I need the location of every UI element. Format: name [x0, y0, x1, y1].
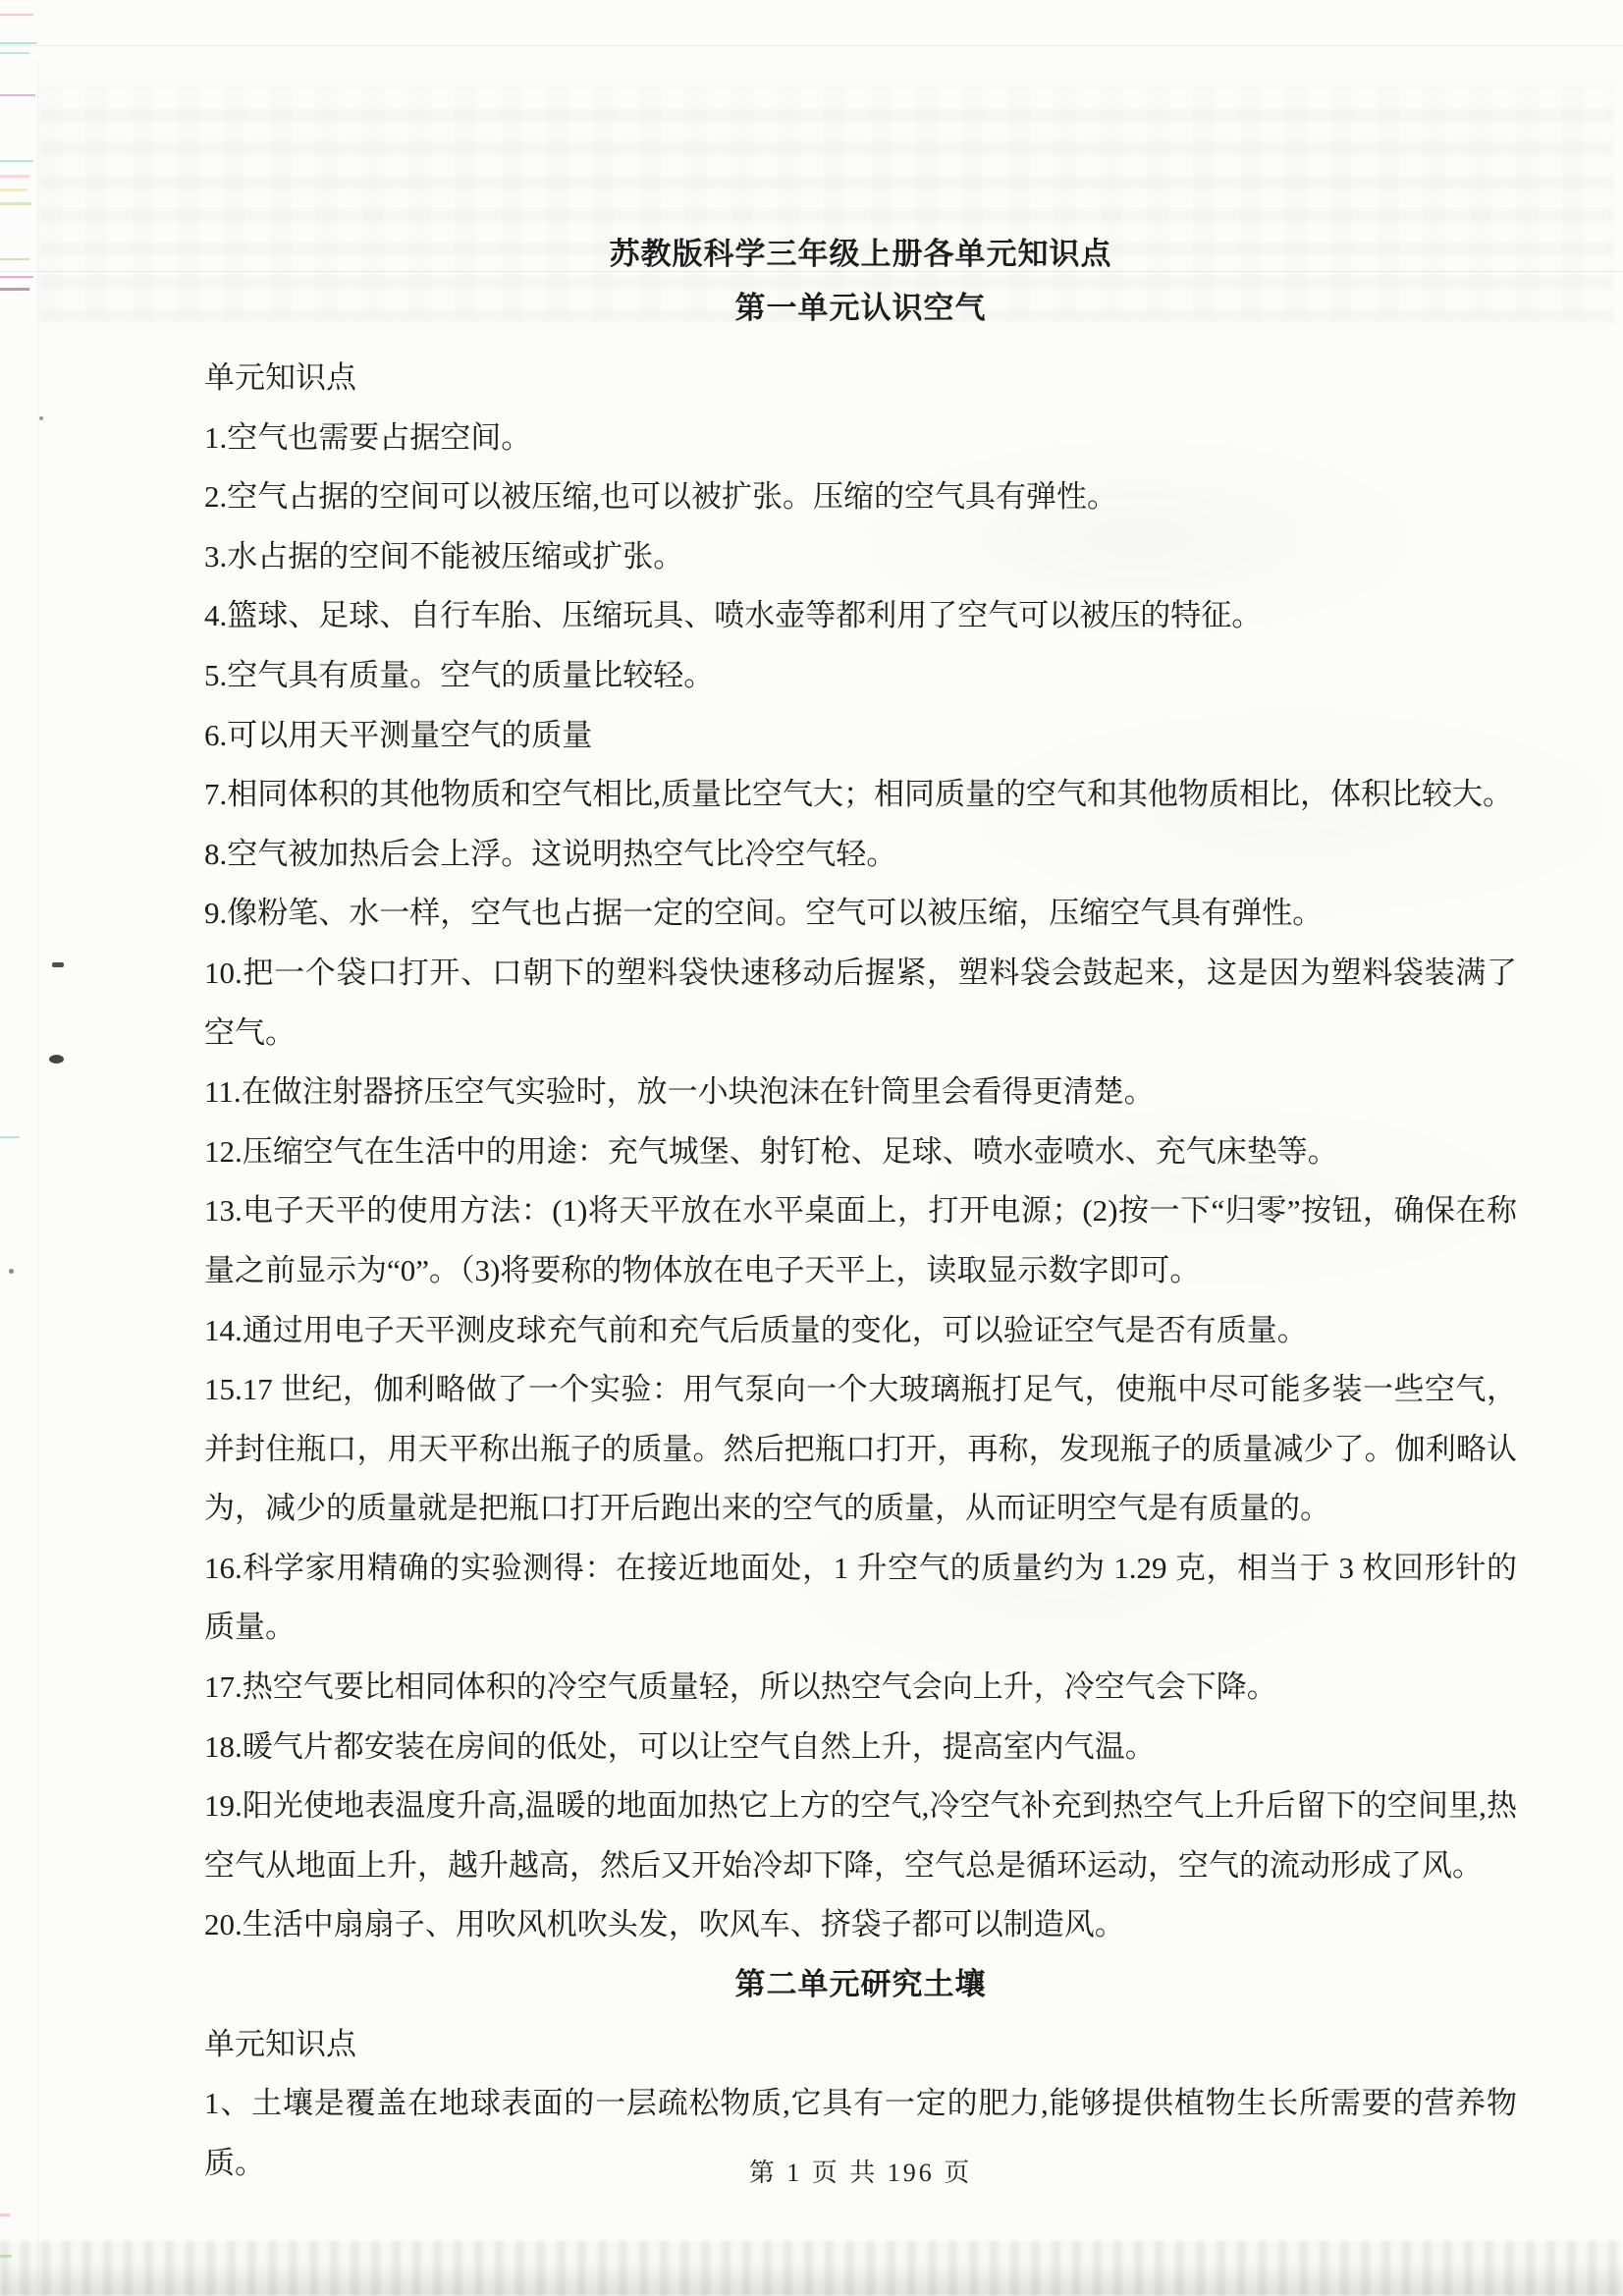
knowledge-point: 5.空气具有质量。空气的质量比较轻。: [204, 646, 1517, 706]
unit-heading: 第一单元认识空气: [204, 281, 1517, 335]
knowledge-point: 18.暖气片都安装在房间的低处，可以让空气自然上升，提高室内气温。: [204, 1718, 1517, 1777]
unit-heading: 第二单元研究土壤: [204, 1955, 1517, 2015]
knowledge-point: 12.压缩空气在生活中的用途：充气城堡、射钉枪、足球、喷水壶喷水、充气床垫等。: [204, 1122, 1517, 1182]
knowledge-point: 13.电子天平的使用方法：(1)将天平放在水平桌面上，打开电源；(2)按一下“归…: [204, 1181, 1517, 1300]
knowledge-point: 14.通过用电子天平测皮球充气前和充气后质量的变化，可以验证空气是否有质量。: [204, 1301, 1517, 1361]
scan-bleedthrough-bottom: [0, 2241, 1623, 2296]
scan-speck: [39, 416, 43, 420]
scan-streak: [0, 94, 35, 96]
scanned-document-page: 苏教版科学三年级上册各单元知识点 第一单元认识空气 单元知识点 1.空气也需要占…: [0, 0, 1623, 2296]
scan-streak: [0, 52, 29, 54]
document-title: 苏教版科学三年级上册各单元知识点: [204, 227, 1517, 281]
scan-speck: [52, 962, 64, 967]
scan-speck: [9, 1269, 14, 1274]
document-content: 苏教版科学三年级上册各单元知识点 第一单元认识空气 单元知识点 1.空气也需要占…: [204, 0, 1517, 2193]
knowledge-point: 1.空气也需要占据空间。: [204, 409, 1517, 468]
scan-streak: [0, 189, 27, 191]
scan-sheet-edge: [37, 59, 38, 2296]
scan-streak: [0, 2214, 10, 2216]
knowledge-point: 20.生活中扇扇子、用吹风机吹头发，吹风车、挤袋子都可以制造风。: [204, 1895, 1517, 1955]
scan-streak: [0, 1136, 20, 1138]
knowledge-point: 9.像粉笔、水一样，空气也占据一定的空间。空气可以被压缩，压缩空气具有弹性。: [204, 884, 1517, 944]
knowledge-point: 10.把一个袋口打开、口朝下的塑料袋快速移动后握紧，塑料袋会鼓起来，这是因为塑料…: [204, 944, 1517, 1063]
knowledge-point: 7.相同体积的其他物质和空气相比,质量比空气大；相同质量的空气和其他物质相比，体…: [204, 765, 1517, 825]
scan-streak: [0, 258, 29, 260]
unit-knowledge-points-label: 单元知识点: [204, 2015, 1517, 2075]
knowledge-point: 15.17 世纪，伽利略做了一个实验：用气泵向一个大玻璃瓶打足气，使瓶中尽可能多…: [204, 1360, 1517, 1539]
scan-streak: [0, 276, 33, 278]
knowledge-point: 2.空气占据的空间可以被压缩,也可以被扩张。压缩的空气具有弹性。: [204, 467, 1517, 527]
knowledge-point: 19.阳光使地表温度升高,温暖的地面加热它上方的空气,冷空气补充到热空气上升后留…: [204, 1777, 1517, 1895]
page-number-footer: 第 1 页 共 196 页: [204, 2159, 1517, 2188]
scan-streak: [0, 202, 31, 205]
knowledge-point: 6.可以用天平测量空气的质量: [204, 706, 1517, 766]
scan-streak: [0, 2255, 12, 2258]
knowledge-point: 4.篮球、足球、自行车胎、压缩玩具、喷水壶等都利用了空气可以被压的特征。: [204, 586, 1517, 646]
scan-streak: [0, 160, 33, 162]
scan-speck: [49, 1055, 64, 1064]
scan-streak: [0, 42, 37, 44]
scan-streak: [0, 14, 33, 16]
unit-knowledge-points-label: 单元知识点: [204, 349, 1517, 409]
knowledge-point: 3.水占据的空间不能被压缩或扩张。: [204, 527, 1517, 587]
sections-container: 第一单元认识空气 单元知识点 1.空气也需要占据空间。2.空气占据的空间可以被压…: [204, 281, 1517, 2193]
scan-streak: [0, 288, 29, 291]
knowledge-point: 16.科学家用精确的实验测得：在接近地面处，1 升空气的质量约为 1.29 克，…: [204, 1539, 1517, 1658]
knowledge-point: 17.热空气要比相同体积的冷空气质量轻，所以热空气会向上升，冷空气会下降。: [204, 1658, 1517, 1718]
knowledge-point: 11.在做注射器挤压空气实验时，放一小块泡沫在针筒里会看得更清楚。: [204, 1063, 1517, 1122]
unit-section: 第一单元认识空气 单元知识点 1.空气也需要占据空间。2.空气占据的空间可以被压…: [204, 281, 1517, 1955]
knowledge-point: 8.空气被加热后会上浮。这说明热空气比冷空气轻。: [204, 825, 1517, 885]
scan-streak: [0, 175, 29, 178]
